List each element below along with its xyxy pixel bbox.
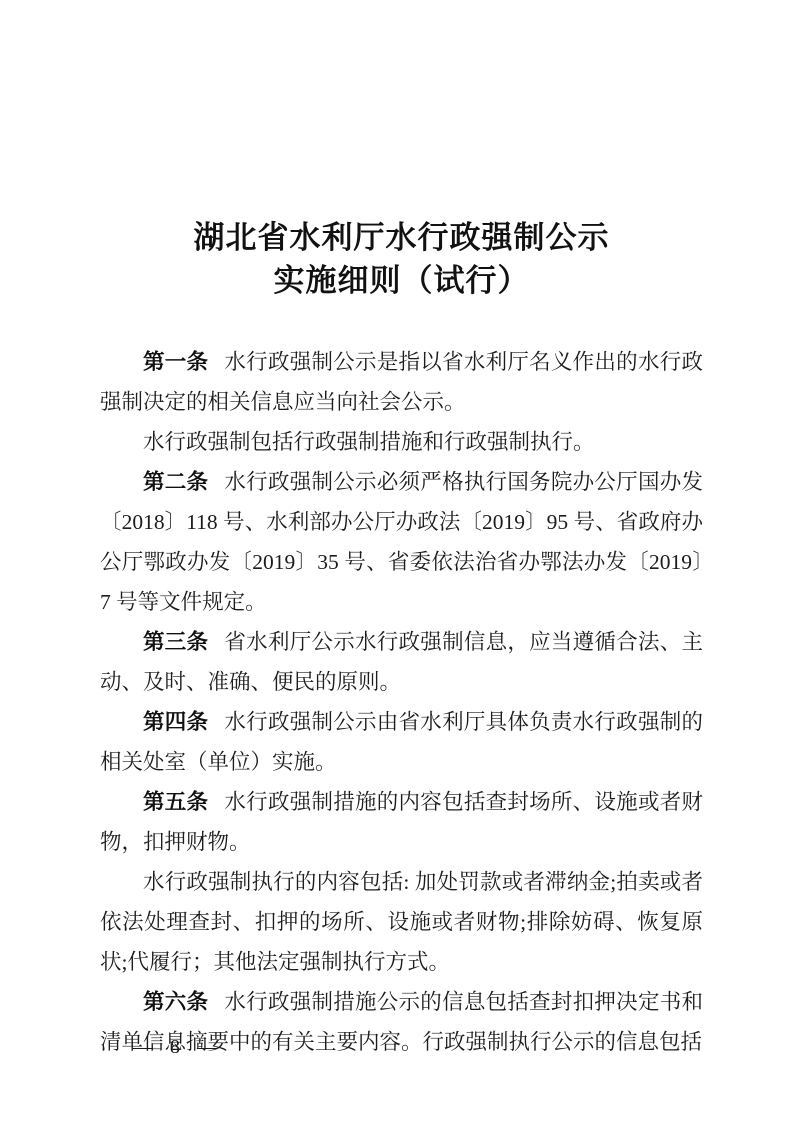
article-number: 第五条	[143, 790, 208, 814]
paragraph-article-4: 第四条水行政强制公示由省水利厅具体负责水行政强制的相关处室（单位）实施。	[100, 702, 703, 782]
document-title-line-2: 实施细则（试行）	[100, 259, 703, 302]
article-number: 第四条	[143, 710, 208, 734]
paragraph: 水行政强制包括行政强制措施和行政强制执行。	[100, 422, 703, 462]
paragraph: 水行政强制执行的内容包括: 加处罚款或者滞纳金;拍卖或者依法处理查封、扣押的场所…	[100, 862, 703, 982]
article-number: 第六条	[143, 990, 208, 1014]
document-title: 湖北省水利厅水行政强制公示 实施细则（试行）	[100, 216, 703, 302]
paragraph-article-3: 第三条省水利厅公示水行政强制信息，应当遵循合法、主动、及时、准确、便民的原则。	[100, 622, 703, 702]
paragraph-article-2: 第二条水行政强制公示必须严格执行国务院办公厅国办发〔2018〕118 号、水利部…	[100, 462, 703, 622]
document-content: 湖北省水利厅水行政强制公示 实施细则（试行） 第一条水行政强制公示是指以省水利厅…	[100, 0, 703, 1062]
paragraph-text: 水行政强制执行的内容包括: 加处罚款或者滞纳金;拍卖或者依法处理查封、扣押的场所…	[100, 870, 703, 974]
page-number: — 8 —	[133, 1036, 223, 1059]
document-page: 湖北省水利厅水行政强制公示 实施细则（试行） 第一条水行政强制公示是指以省水利厅…	[0, 0, 800, 1132]
document-body: 第一条水行政强制公示是指以省水利厅名义作出的水行政强制决定的相关信息应当向社会公…	[100, 342, 703, 1062]
article-number: 第三条	[143, 630, 208, 654]
paragraph-article-1: 第一条水行政强制公示是指以省水利厅名义作出的水行政强制决定的相关信息应当向社会公…	[100, 342, 703, 422]
document-title-line-1: 湖北省水利厅水行政强制公示	[100, 216, 703, 259]
article-number: 第一条	[143, 350, 208, 374]
paragraph-text: 水行政强制包括行政强制措施和行政强制执行。	[143, 430, 595, 454]
paragraph-article-5: 第五条水行政强制措施的内容包括查封场所、设施或者财物，扣押财物。	[100, 782, 703, 862]
article-number: 第二条	[143, 470, 208, 494]
